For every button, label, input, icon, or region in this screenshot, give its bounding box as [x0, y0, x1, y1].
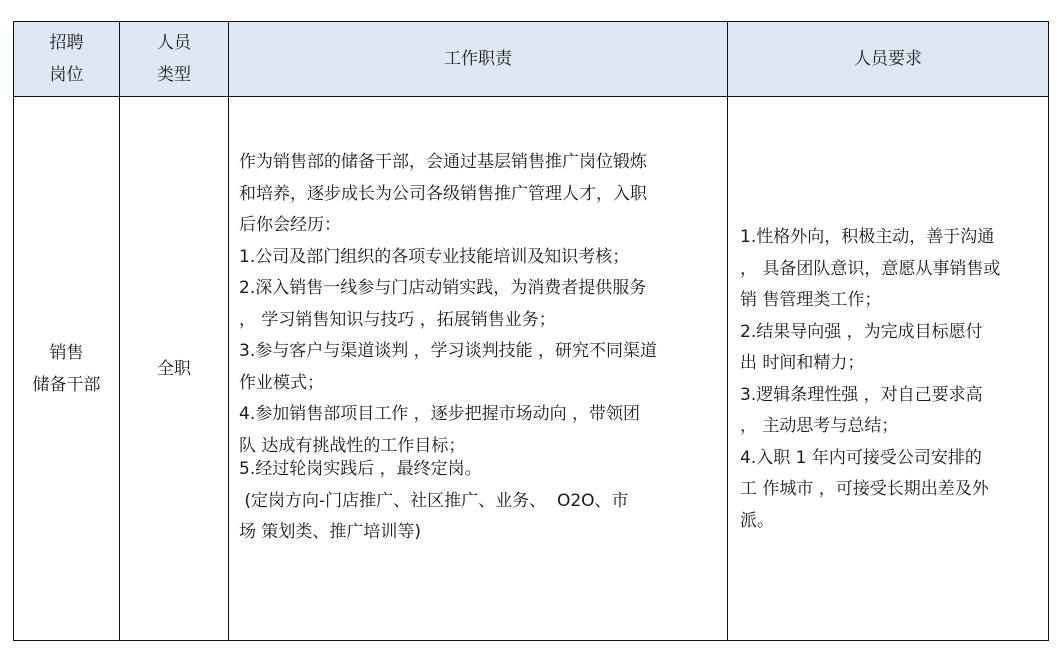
cell-type: 全职 [120, 97, 229, 641]
duties-line: 2.深入销售一线参与门店动销实践，为消费者提供服务 [239, 273, 719, 305]
duties-line: ， 学习销售知识与技巧 ，拓展销售业务； [239, 305, 719, 337]
duties-line: 后你会经历： [239, 210, 719, 242]
duties-line: 场 策划类、推广培训等) [239, 517, 719, 549]
duties-line: 3.参与客户与渠道谈判 ，学习谈判技能 ，研究不同渠道 [239, 336, 719, 368]
header-type: 人员 类型 [120, 22, 229, 97]
duties-line: 和培养，逐步成长为公司各级销售推广管理人才，入职 [239, 179, 719, 211]
requirements-line: 派。 [740, 506, 1042, 538]
table-row: 销售 储备干部 全职 作为销售部的储备干部，会通过基层销售推广岗位锻炼 和培养，… [14, 97, 1049, 641]
header-position-line: 招聘 [14, 27, 119, 59]
requirements-line: 1.性格外向，积极主动，善于沟通 [740, 222, 1042, 254]
requirements-line: 工 作城市 ，可接受长期出差及外 [740, 474, 1042, 506]
header-requirements: 人员要求 [728, 22, 1049, 97]
header-duties: 工作职责 [229, 22, 728, 97]
duties-line: 4.参加销售部项目工作 ，逐步把握市场动向 ，带领团 [239, 399, 719, 431]
requirements-line: 出 时间和精力； [740, 348, 1042, 380]
duties-line: (定岗方向-门店推广、社区推广、业务、 O2O、市 [239, 486, 719, 518]
table-header-row: 招聘 岗位 人员 类型 工作职责 人员要求 [14, 22, 1049, 97]
cell-requirements: 1.性格外向，积极主动，善于沟通 ， 具备团队意识，意愿从事销售或 销 售管理类… [728, 97, 1049, 641]
duties-line: 作业模式； [239, 368, 719, 400]
requirements-line: 2.结果导向强 ，为完成目标愿付 [740, 317, 1042, 349]
cell-position: 销售 储备干部 [14, 97, 120, 641]
duties-line: 作为销售部的储备干部，会通过基层销售推广岗位锻炼 [239, 147, 719, 179]
header-type-line: 人员 [120, 27, 228, 59]
requirements-line: 3.逻辑条理性强 ，对自己要求高 [740, 380, 1042, 412]
duties-line: 5.经过轮岗实践后 ，最终定岗。 [239, 454, 719, 486]
job-posting-table: 招聘 岗位 人员 类型 工作职责 人员要求 销售 储备干部 全职 作为销售部的储… [13, 21, 1049, 641]
requirements-line: ， 具备团队意识，意愿从事销售或 [740, 254, 1042, 286]
requirements-line: 4.入职 1 年内可接受公司安排的 [740, 443, 1042, 475]
cell-duties: 作为销售部的储备干部，会通过基层销售推广岗位锻炼 和培养，逐步成长为公司各级销售… [229, 97, 728, 641]
requirements-line: 销 售管理类工作； [740, 285, 1042, 317]
position-line: 储备干部 [14, 369, 119, 401]
requirements-line: ， 主动思考与总结； [740, 411, 1042, 443]
header-position-line: 岗位 [14, 59, 119, 91]
header-type-line: 类型 [120, 59, 228, 91]
duties-line: 1.公司及部门组织的各项专业技能培训及知识考核； [239, 242, 719, 274]
position-line: 销售 [14, 337, 119, 369]
header-position: 招聘 岗位 [14, 22, 120, 97]
